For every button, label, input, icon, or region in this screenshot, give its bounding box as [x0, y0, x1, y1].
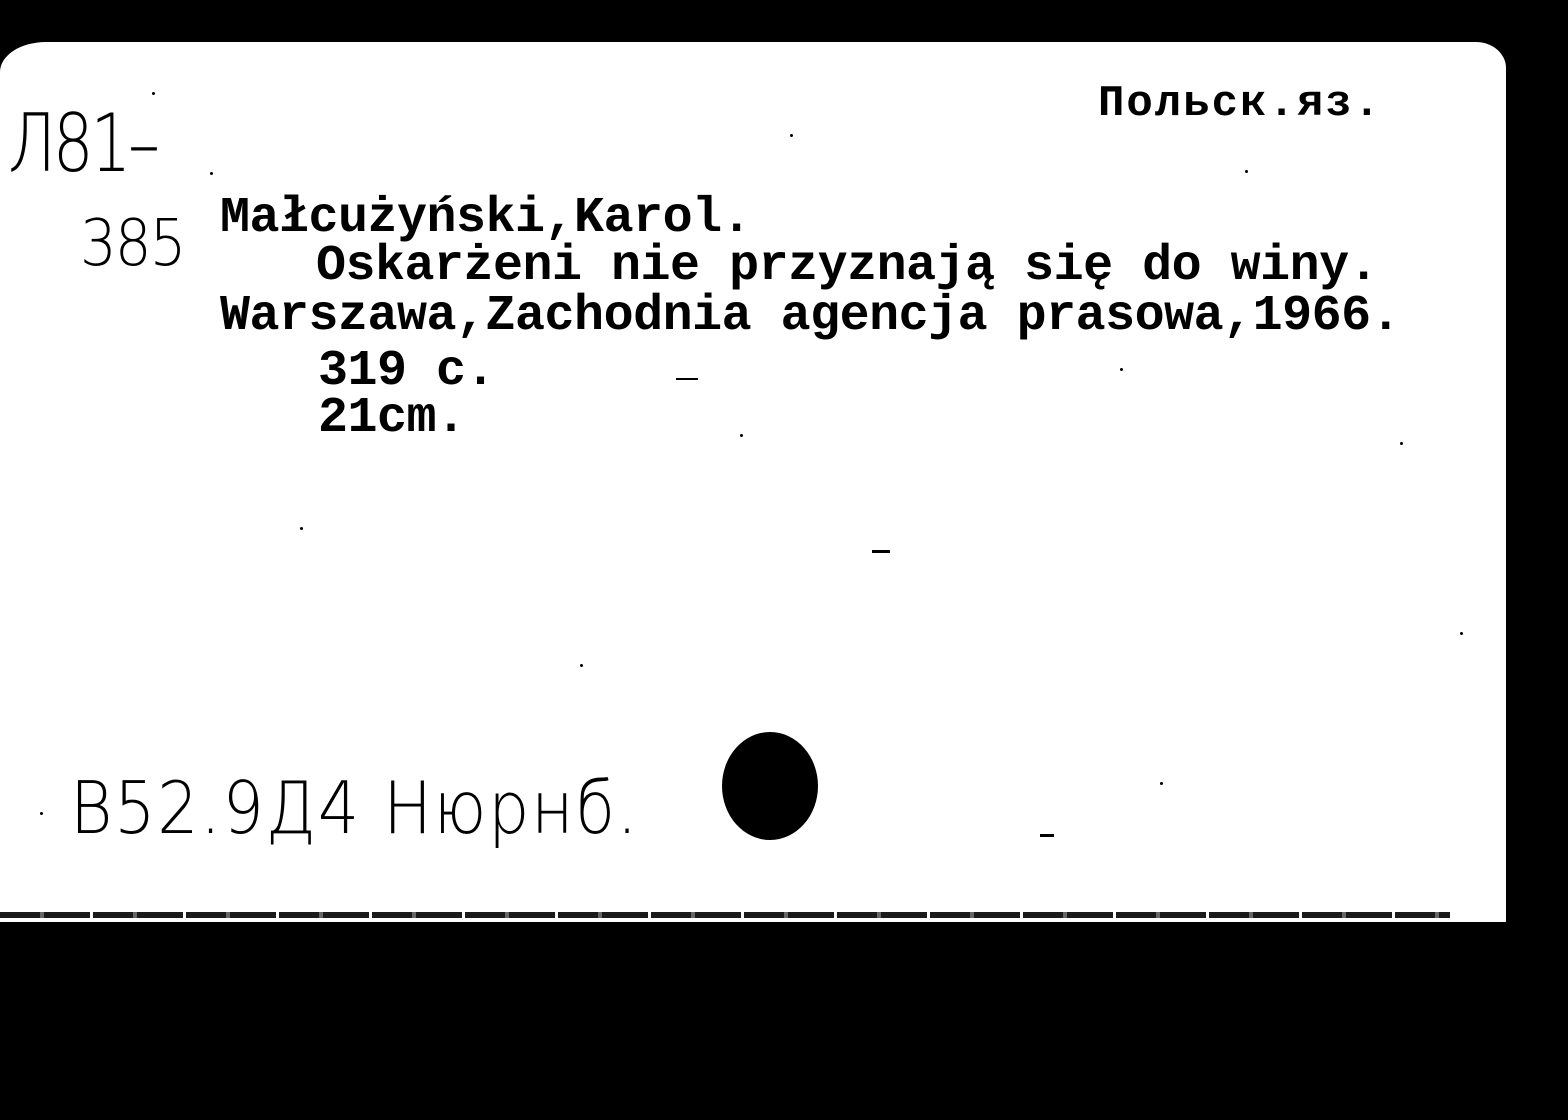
card-bottom-edge-line — [0, 912, 1450, 918]
language-label: Польск.яз. — [1098, 82, 1382, 126]
scan-speck — [740, 434, 743, 437]
scan-dash — [676, 378, 698, 380]
call-number-line2: 385 — [80, 212, 185, 276]
book-size: 21cm. — [318, 394, 466, 444]
scan-speck — [300, 527, 303, 530]
call-number-line1: Л81– — [8, 104, 157, 184]
book-title: Oskarżeni nie przyznają się do winy. — [316, 242, 1378, 292]
scan-speck — [1160, 782, 1163, 785]
scan-speck — [1120, 368, 1123, 371]
scan-speck — [40, 812, 43, 815]
scan-speck — [1245, 170, 1248, 173]
scan-dash — [872, 550, 890, 553]
scan-speck — [1460, 632, 1463, 635]
scan-speck — [1400, 442, 1403, 445]
scan-speck — [580, 664, 583, 667]
scan-speck — [152, 92, 155, 95]
punch-hole — [722, 732, 818, 840]
catalog-card: Польск.яз. Л81– 385 Małcużyński,Karol. O… — [0, 42, 1506, 922]
author-heading: Małcużyński,Karol. — [220, 194, 751, 244]
scan-speck — [790, 134, 793, 137]
shelf-mark: В52.9Д4 Нюрнб. — [70, 772, 639, 844]
imprint: Warszawa,Zachodnia agencja prasowa,1966. — [220, 292, 1400, 342]
scan-dash — [1040, 834, 1054, 837]
scan-speck — [210, 172, 213, 175]
